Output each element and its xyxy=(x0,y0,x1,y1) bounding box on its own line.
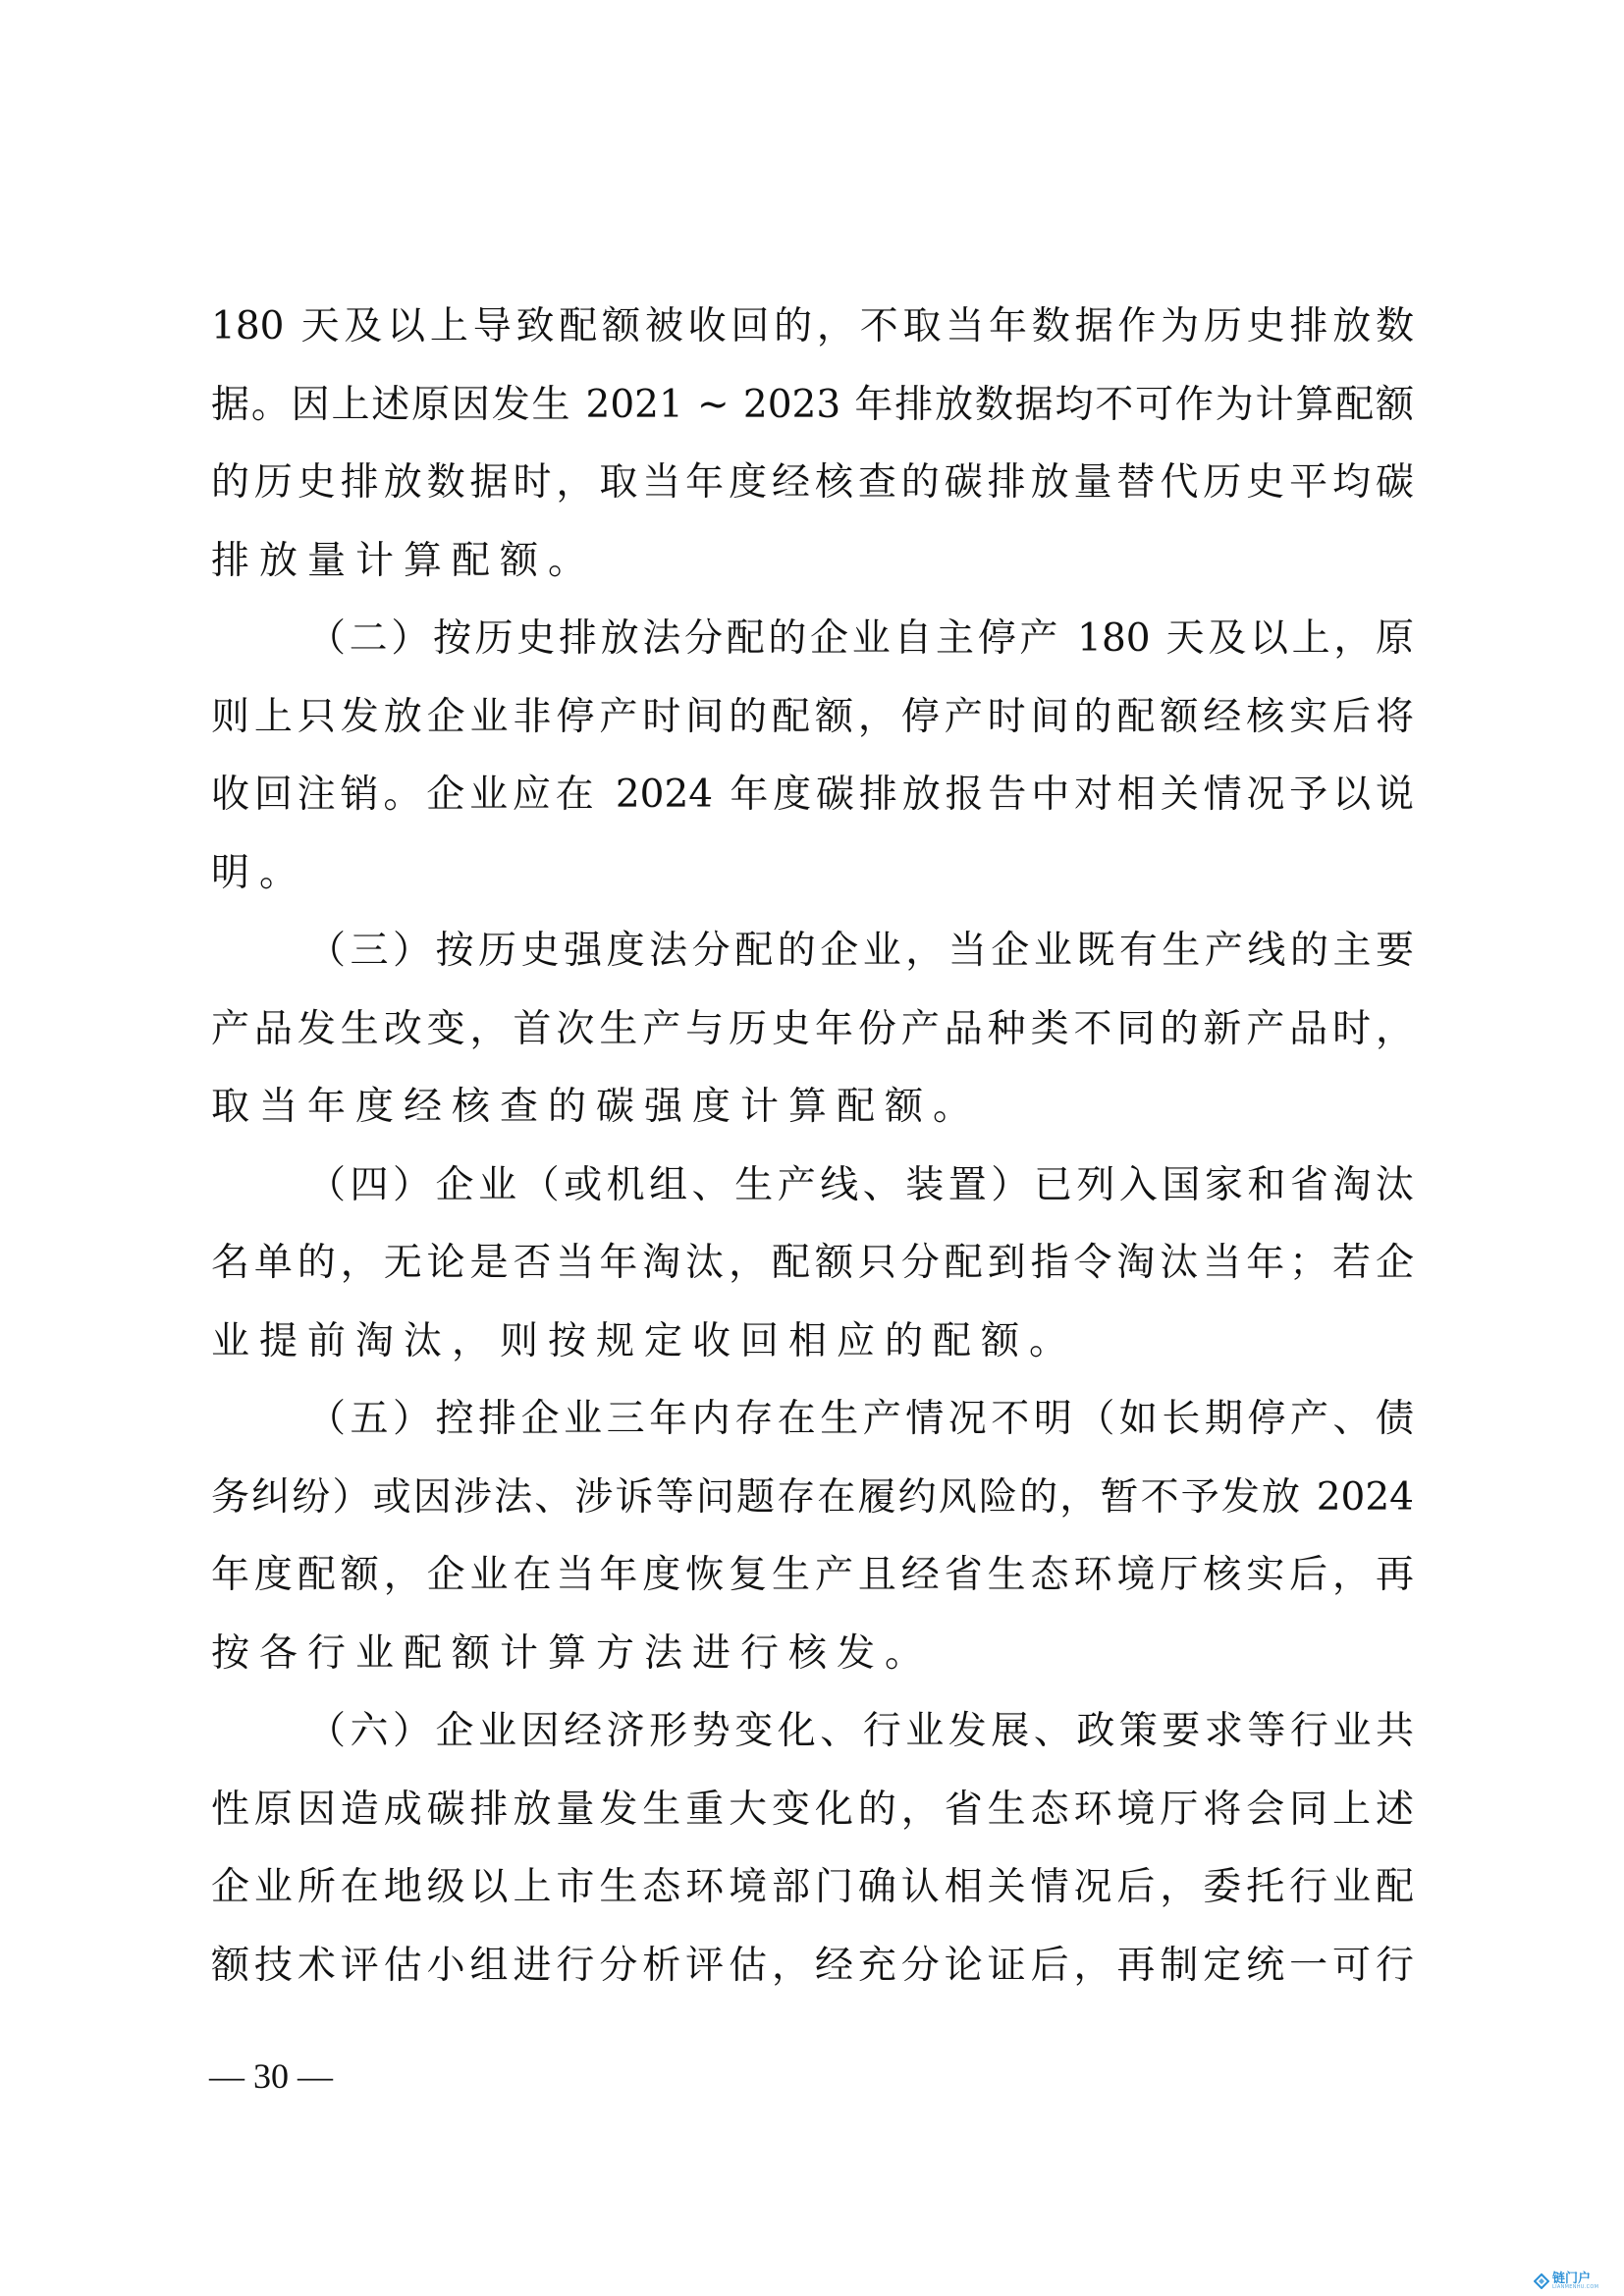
paragraph-2-start: （二）按历史排放法分配的企业自主停产 180 天及以上，原 xyxy=(307,614,1414,664)
body-line: 明。 xyxy=(211,849,1414,898)
body-line: 排放量计算配额。 xyxy=(211,537,1414,586)
paragraph-6-start: （六）企业因经济形势变化、行业发展、政策要求等行业共 xyxy=(307,1707,1414,1756)
body-line: 则上只发放企业非停产时间的配额，停产时间的配额经核实后将 xyxy=(211,693,1414,742)
watermark-name-en: LIANMENHU.COM xyxy=(1552,2285,1598,2290)
body-line: 的历史排放数据时，取当年度经核查的碳排放量替代历史平均碳 xyxy=(211,458,1414,507)
body-line: 企业所在地级以上市生态环境部门确认相关情况后，委托行业配 xyxy=(211,1863,1414,1912)
body-line: 名单的，无论是否当年淘汰，配额只分配到指令淘汰当年；若企 xyxy=(211,1239,1414,1288)
body-line: 业提前淘汰，则按规定收回相应的配额。 xyxy=(211,1317,1414,1366)
body-line: 收回注销。企业应在 2024 年度碳排放报告中对相关情况予以说 xyxy=(211,771,1414,820)
document-page: 180 天及以上导致配额被收回的，不取当年数据作为历史排放数 据。因上述原因发生… xyxy=(0,0,1624,2296)
page-number: — 30 — xyxy=(209,2054,333,2099)
paragraph-5-start: （五）控排企业三年内存在生产情况不明（如长期停产、债 xyxy=(307,1395,1414,1444)
body-line: 按各行业配额计算方法进行核发。 xyxy=(211,1629,1414,1679)
paragraph-3-start: （三）按历史强度法分配的企业，当企业既有生产线的主要 xyxy=(307,927,1414,976)
body-line: 务纠纷）或因涉法、涉诉等问题存在履约风险的，暂不予发放 2024 xyxy=(211,1473,1414,1522)
body-line: 据。因上述原因发生 2021 ~ 2023 年排放数据均不可作为计算配额 xyxy=(211,381,1414,430)
body-line: 额技术评估小组进行分析评估，经充分论证后，再制定统一可行 xyxy=(211,1942,1414,1991)
body-line: 年度配额，企业在当年度恢复生产且经省生态环境厅核实后，再 xyxy=(211,1551,1414,1600)
watermark: 链门户 LIANMENHU.COM xyxy=(1534,2269,1622,2293)
body-line: 180 天及以上导致配额被收回的，不取当年数据作为历史排放数 xyxy=(211,302,1414,351)
body-line: 取当年度经核查的碳强度计算配额。 xyxy=(211,1083,1414,1132)
body-line: 产品发生改变，首次生产与历史年份产品种类不同的新产品时， xyxy=(211,1005,1414,1054)
paragraph-4-start: （四）企业（或机组、生产线、装置）已列入国家和省淘汰 xyxy=(307,1161,1414,1210)
body-line: 性原因造成碳排放量发生重大变化的，省生态环境厅将会同上述 xyxy=(211,1786,1414,1835)
lianmenhu-logo-icon xyxy=(1534,2273,1549,2289)
